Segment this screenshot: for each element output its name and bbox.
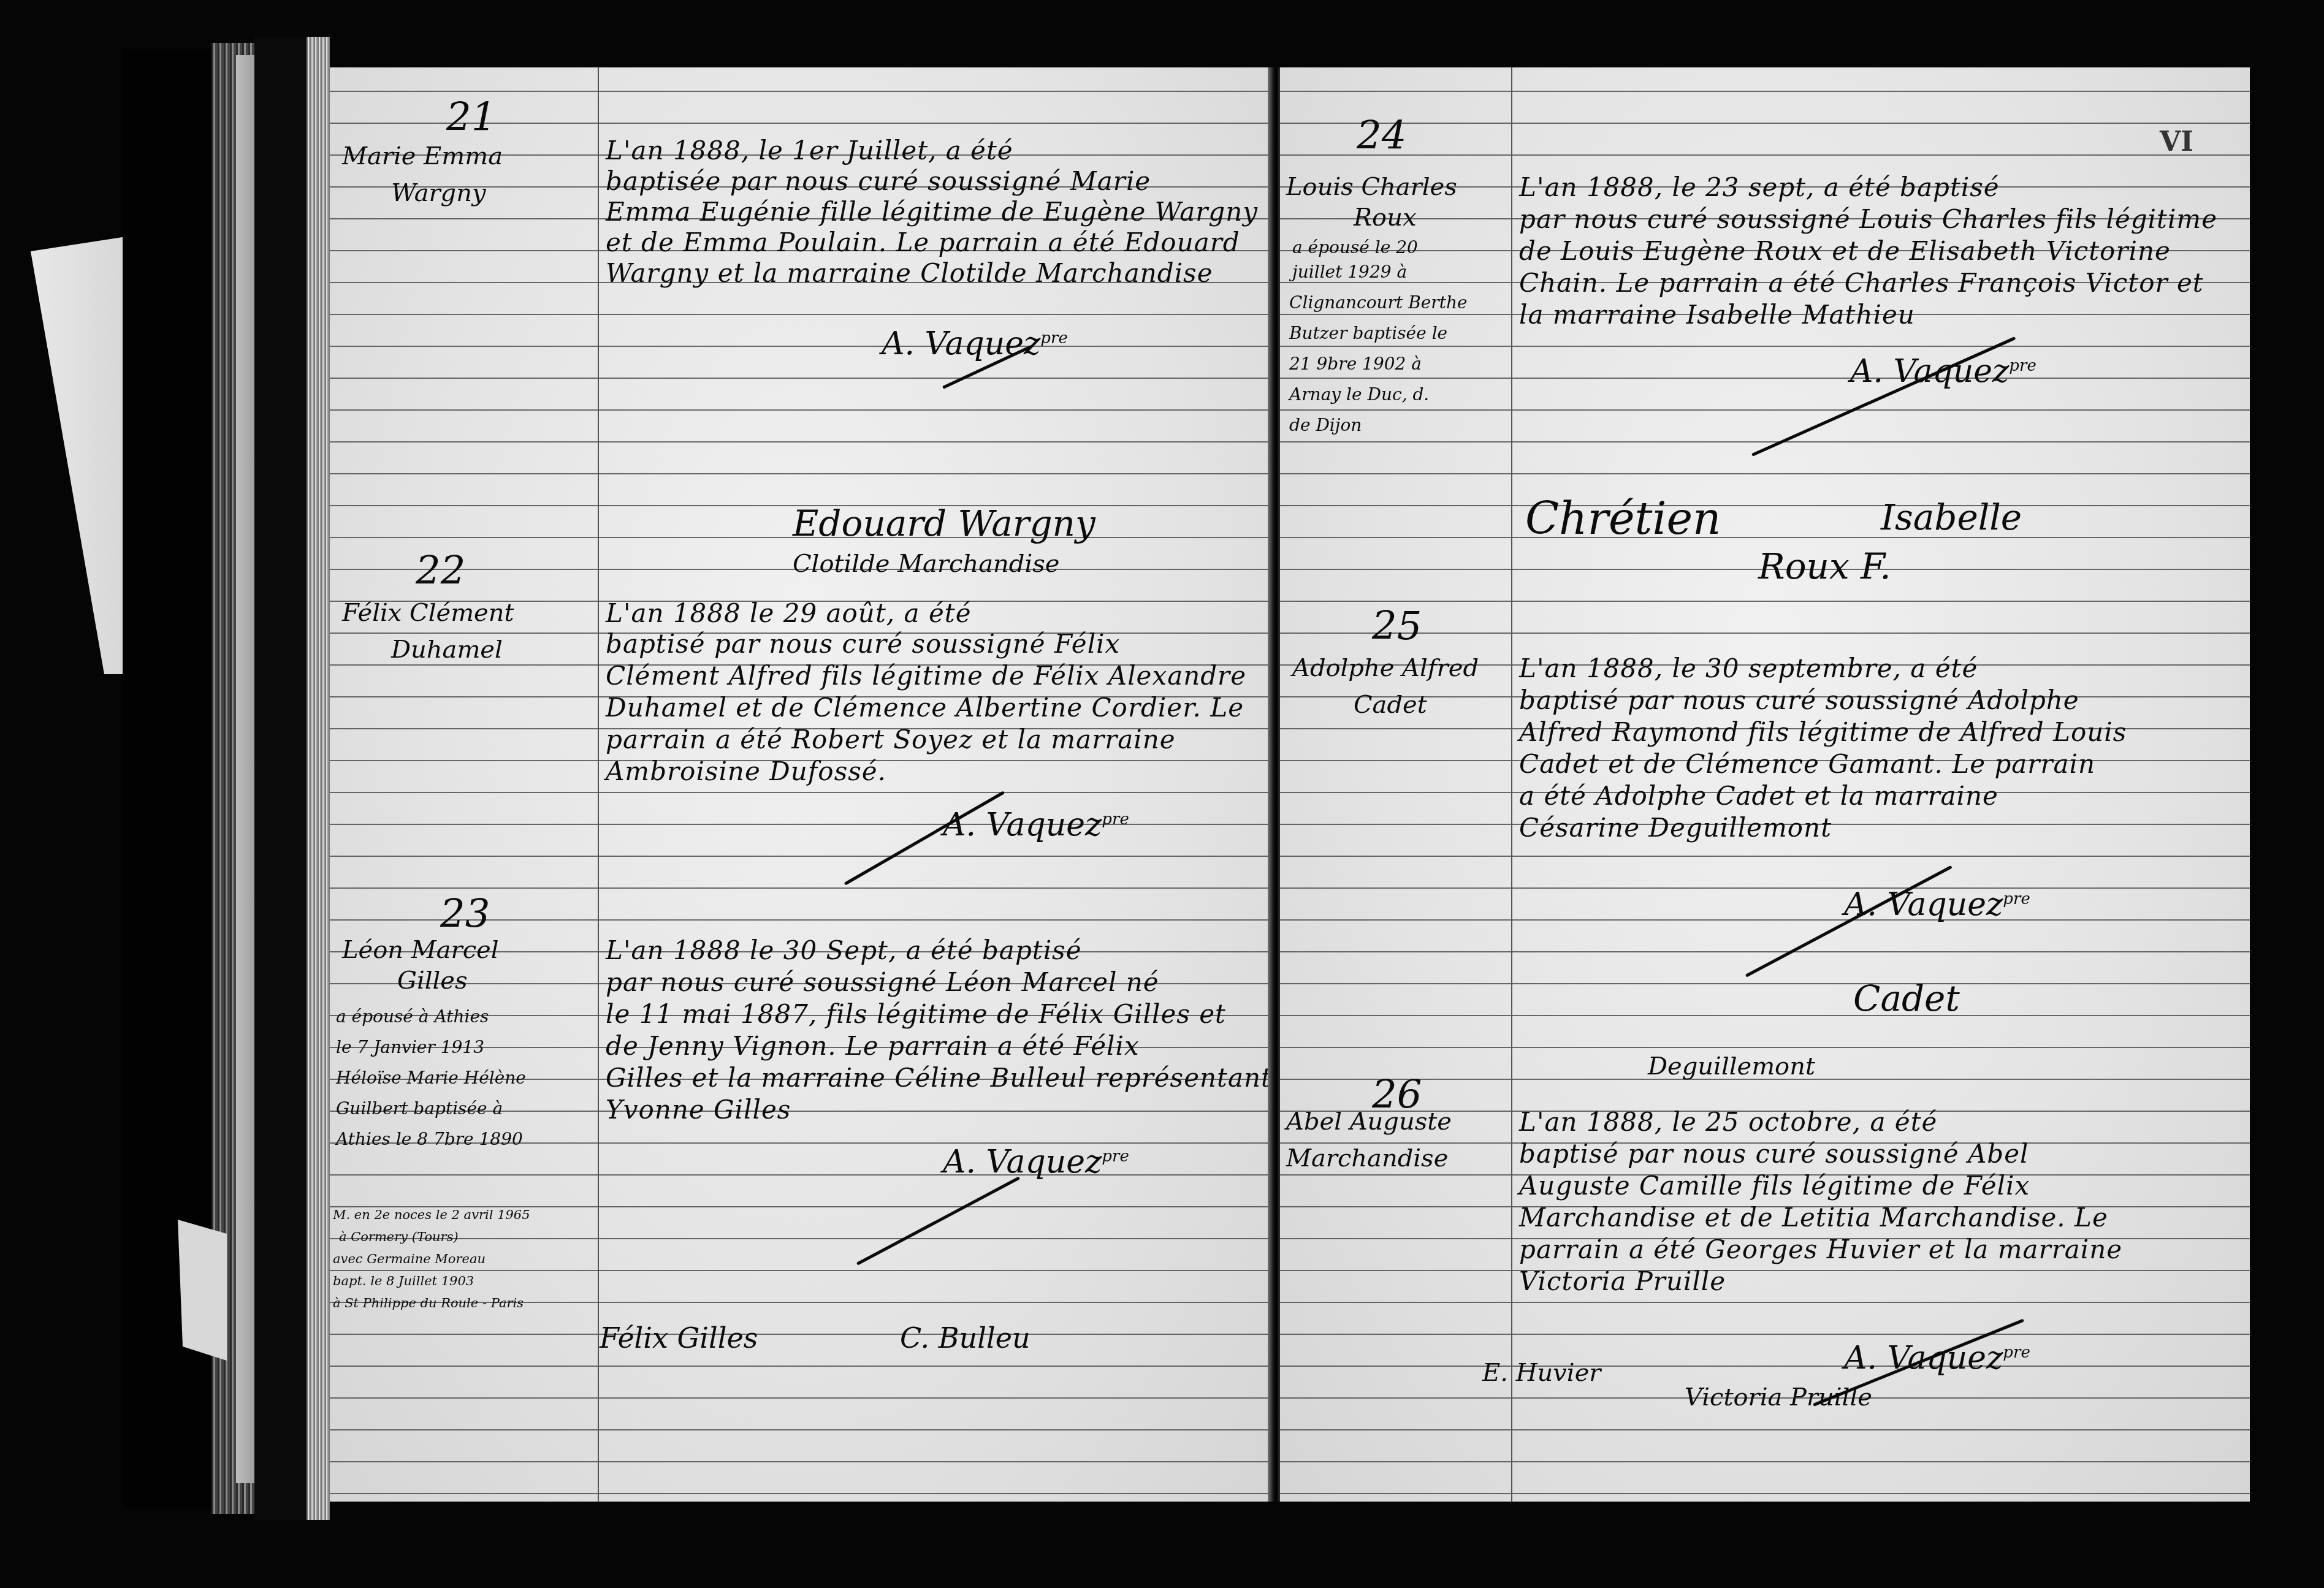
entry-text-line: de Jenny Vignon. Le parrain a été Félix (606, 1033, 1140, 1059)
margin-annotation: juillet 1929 à (1292, 264, 1407, 281)
entry-text-line: a été Adolphe Cadet et la marraine (1519, 783, 1998, 809)
witness-signature: Victoria Pruille (1685, 1385, 1872, 1410)
entry-text-line: L'an 1888, le 30 septembre, a été (1519, 656, 1978, 682)
margin-annotation: Clignancourt Berthe (1289, 294, 1468, 311)
margin-name: Roux (1354, 205, 1417, 230)
margin-name: Louis Charles (1286, 175, 1457, 199)
witness-signature: Clotilde Marchandise (793, 552, 1059, 576)
margin-annotation: Athies le 8 7bre 1890 (336, 1131, 523, 1148)
margin-annotation: M. en 2e noces le 2 avril 1965 (333, 1209, 530, 1221)
entry-number: 23 (440, 895, 490, 934)
priest-signature: A. Vaquezpre (1844, 1342, 2030, 1374)
margin-annotation: de Dijon (1289, 417, 1362, 434)
witness-signature: C. Bulleu (900, 1324, 1031, 1352)
margin-name: Gilles (397, 968, 468, 993)
margin-annotation: bapt. le 8 Juillet 1903 (333, 1275, 474, 1288)
margin-name: Léon Marcel (342, 938, 499, 962)
entry-text-line: parrain a été Robert Soyez et la marrain… (606, 727, 1176, 753)
witness-signature: Chrétien (1525, 496, 1721, 541)
margin-annotation: Butzer baptisée le (1289, 325, 1447, 342)
entry-text-line: L'an 1888, le 23 sept, a été baptisé (1519, 175, 2000, 200)
witness-signature: E. Huvier (1482, 1361, 1601, 1385)
margin-annotation: Guilbert baptisée à (336, 1100, 503, 1117)
margin-name: Félix Clément (342, 601, 514, 625)
margin-rule (598, 67, 599, 1502)
entry-text-line: Chain. Le parrain a été Charles François… (1519, 270, 2204, 296)
margin-name: Wargny (391, 181, 486, 205)
margin-annotation: le 7 Janvier 1913 (336, 1039, 484, 1056)
entry-text-line: L'an 1888 le 30 Sept, a été baptisé (606, 938, 1082, 963)
witness-signature: Isabelle (1881, 500, 2022, 535)
margin-name: Marie Emma (342, 144, 503, 169)
witness-signature: Félix Gilles (600, 1324, 758, 1352)
entry-text-line: baptisé par nous curé soussigné Félix (606, 631, 1120, 657)
entry-text-line: L'an 1888, le 1er Juillet, a été (606, 138, 1013, 164)
entry-text-line: Clément Alfred fils légitime de Félix Al… (606, 663, 1246, 689)
witness-signature: Cadet (1853, 981, 1960, 1016)
margin-annotation: avec Germaine Moreau (333, 1253, 486, 1266)
margin-annotation: à Cormery (Tours) (339, 1231, 459, 1244)
priest-signature: A. Vaquezpre (943, 1146, 1129, 1178)
entry-text-line: L'an 1888, le 25 octobre, a été (1519, 1109, 1937, 1135)
priest-signature: A. Vaquezpre (943, 809, 1129, 841)
entry-text-line: et de Emma Poulain. Le parrain a été Edo… (606, 230, 1240, 256)
witness-signature: Deguillemont (1648, 1054, 1815, 1079)
margin-name: Cadet (1354, 693, 1427, 717)
entry-number: 25 (1372, 607, 1422, 646)
entry-number: 24 (1357, 116, 1406, 156)
entry-text-line: Emma Eugénie fille légitime de Eugène Wa… (606, 199, 1258, 225)
entry-text-line: Alfred Raymond fils légitime de Alfred L… (1519, 720, 2127, 745)
entry-number: 21 (446, 98, 496, 137)
entry-text-line: Victoria Pruille (1519, 1269, 1726, 1294)
margin-annotation: a épousé le 20 (1292, 239, 1418, 256)
entry-number: 22 (416, 552, 465, 591)
entry-text-line: baptisé par nous curé soussigné Abel (1519, 1141, 2029, 1167)
page-leaf-edges (307, 37, 330, 1520)
margin-name: Marchandise (1286, 1146, 1448, 1171)
entry-text-line: Césarine Deguillemont (1519, 815, 1832, 841)
entry-text-line: baptisée par nous curé soussigné Marie (606, 169, 1151, 194)
entry-text-line: par nous curé soussigné Léon Marcel né (606, 970, 1159, 995)
margin-annotation: Héloïse Marie Hélène (336, 1069, 526, 1087)
priest-signature: A. Vaquezpre (882, 328, 1068, 360)
entry-text-line: la marraine Isabelle Mathieu (1519, 302, 1915, 328)
entry-text-line: par nous curé soussigné Louis Charles fi… (1519, 207, 2217, 232)
entry-text-line: Gilles et la marraine Céline Bulleul rep… (606, 1065, 1272, 1091)
margin-name: Adolphe Alfred (1292, 656, 1479, 680)
entry-text-line: L'an 1888 le 29 août, a été (606, 601, 971, 626)
entry-text-line: Ambroisine Dufossé. (606, 759, 886, 785)
right-page: VI 24 Louis Charles Roux a épousé le 20 … (1280, 67, 2250, 1502)
entry-text-line: Marchandise et de Letitia Marchandise. L… (1519, 1205, 2108, 1231)
entry-text-line: parrain a été Georges Huvier et la marra… (1519, 1237, 2122, 1263)
entry-text-line: Duhamel et de Clémence Albertine Cordier… (606, 695, 1244, 721)
paper-tab (178, 1220, 227, 1361)
entry-text-line: Cadet et de Clémence Gamant. Le parrain (1519, 751, 2095, 777)
folio-number: VI (2160, 129, 2193, 156)
margin-rule (1511, 67, 1512, 1502)
witness-signature: Roux F. (1758, 549, 1891, 584)
margin-name: Duhamel (391, 637, 503, 662)
entry-text-line: Yvonne Gilles (606, 1097, 791, 1123)
priest-signature: A. Vaquezpre (1844, 889, 2030, 921)
entry-text-line: Wargny et la marraine Clotilde Marchandi… (606, 260, 1213, 286)
entry-text-line: le 11 mai 1887, fils légitime de Félix G… (606, 1001, 1226, 1027)
entry-text-line: Auguste Camille fils légitime de Félix (1519, 1173, 2030, 1199)
entry-text-line: de Louis Eugène Roux et de Elisabeth Vic… (1519, 238, 2171, 264)
entry-text-line: baptisé par nous curé soussigné Adolphe (1519, 688, 2079, 713)
witness-signature: Edouard Wargny (793, 506, 1095, 541)
margin-annotation: à St Philippe du Roule - Paris (333, 1297, 524, 1310)
margin-name: Abel Auguste (1286, 1109, 1452, 1134)
margin-annotation: 21 9bre 1902 à (1289, 355, 1422, 373)
margin-annotation: a épousé à Athies (336, 1008, 489, 1025)
left-page: 21 Marie Emma Wargny L'an 1888, le 1er J… (330, 67, 1274, 1502)
binding-gap (254, 37, 310, 1520)
margin-annotation: Arnay le Duc, d. (1289, 386, 1429, 403)
